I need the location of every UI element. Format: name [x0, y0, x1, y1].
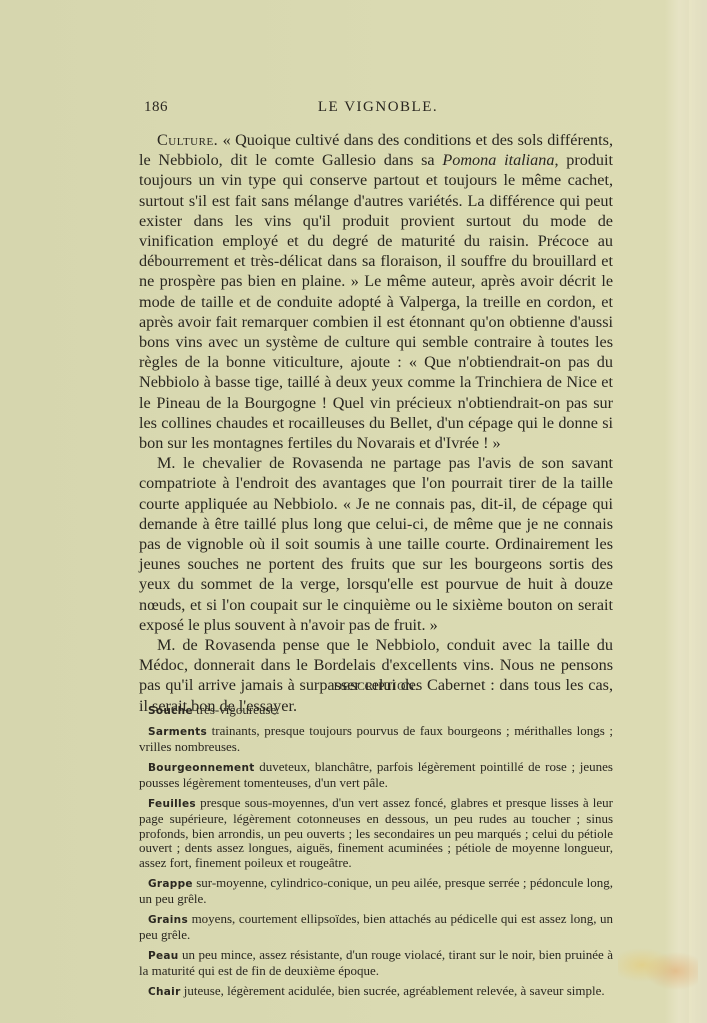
- description-entry: Grains moyens, courtement ellipsoïdes, b…: [139, 912, 613, 943]
- book-title-italic: Pomona italiana: [442, 151, 554, 169]
- description-entry: Bourgeonnement duveteux, blanchâtre, par…: [139, 760, 613, 791]
- paragraph-text: , produit toujours un vin type qui conse…: [139, 151, 613, 452]
- main-text: Culture. « Quoique cultivé dans des cond…: [139, 130, 613, 716]
- entry-term: Grains: [148, 914, 188, 926]
- description-entry: Chair juteuse, légèrement acidulée, bien…: [139, 984, 613, 1000]
- description-section: DESCRIPTION. Souche très-vigoureuse. Sar…: [139, 680, 613, 1005]
- entry-text: moyens, courtement ellipsoïdes, bien att…: [139, 911, 613, 942]
- entry-term: Bourgeonnement: [148, 762, 255, 774]
- entry-text: juteuse, légèrement acidulée, bien sucré…: [181, 983, 605, 998]
- description-title: DESCRIPTION.: [139, 680, 613, 695]
- description-entry: Grappe sur-moyenne, cylindrico-conique, …: [139, 876, 613, 907]
- entry-term: Feuilles: [148, 798, 196, 810]
- description-entry: Souche très-vigoureuse.: [139, 703, 613, 719]
- entry-text: sur-moyenne, cylindrico-conique, un peu …: [139, 875, 613, 906]
- entry-term: Grappe: [148, 878, 193, 890]
- entry-term: Souche: [148, 705, 193, 717]
- entry-term: Chair: [148, 986, 181, 998]
- paragraph-culture: Culture. « Quoique cultivé dans des cond…: [139, 130, 613, 453]
- running-title: LE VIGNOBLE.: [144, 99, 612, 116]
- entry-term: Peau: [148, 950, 179, 962]
- entry-text: très-vigoureuse.: [193, 702, 280, 717]
- paragraph-rovasenda: M. le chevalier de Rovasenda ne partage …: [139, 453, 613, 635]
- page-header: 186 LE VIGNOBLE.: [144, 99, 612, 119]
- description-entry: Peau un peu mince, assez résistante, d'u…: [139, 948, 613, 979]
- page-edge: [689, 0, 707, 1023]
- description-entry: Sarments trainants, presque toujours pou…: [139, 724, 613, 755]
- section-label-culture: Culture.: [157, 131, 218, 149]
- description-entry: Feuilles presque sous-moyennes, d'un ver…: [139, 796, 613, 871]
- book-page: 186 LE VIGNOBLE. Culture. « Quoique cult…: [0, 0, 707, 1023]
- stain-mark: [618, 935, 698, 995]
- entry-text: presque sous-moyennes, d'un vert assez f…: [139, 795, 613, 870]
- entry-text: trainants, presque toujours pourvus de f…: [139, 723, 613, 754]
- entry-term: Sarments: [148, 726, 207, 738]
- entry-text: un peu mince, assez résistante, d'un rou…: [139, 947, 613, 978]
